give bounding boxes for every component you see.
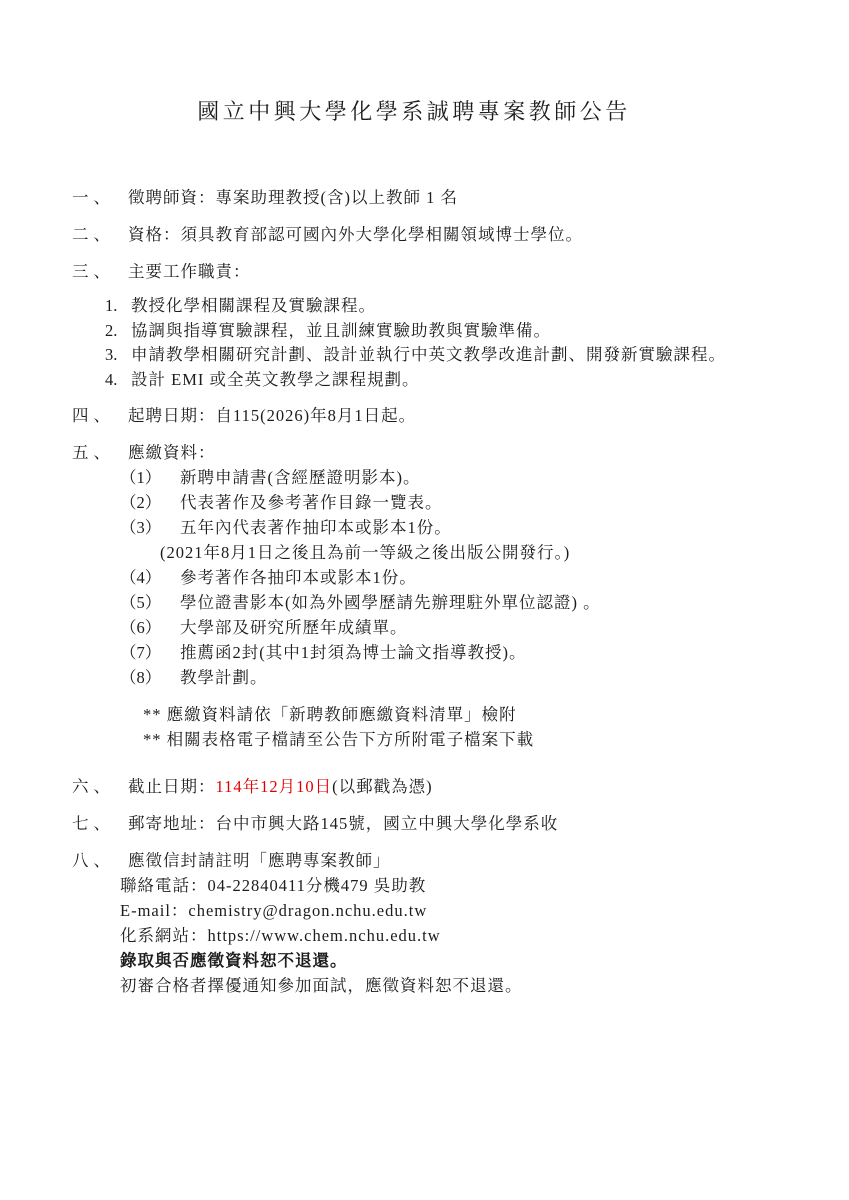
- contact-phone: 聯絡電話：04-22840411分機479 吳助教: [120, 873, 794, 898]
- list-item: （4） 參考著作各抽印本或影本1份。: [120, 565, 794, 590]
- list-item: （1） 新聘申請書(含經歷證明影本)。: [120, 465, 794, 490]
- list-item-text: 申請教學相關研究計劃、設計並執行中英文教學改進計劃、開發新實驗課程。: [131, 343, 726, 368]
- list-item-number: 2.: [105, 319, 131, 344]
- section-number: 四、: [72, 403, 128, 428]
- section-qualification: 二、 資格：須具教育部認可國內外大學化學相關領域博士學位。: [72, 222, 794, 247]
- materials-list: （1） 新聘申請書(含經歷證明影本)。 （2） 代表著作及參考著作目錄一覽表。 …: [120, 465, 794, 690]
- section-text: 應徵信封請註明「應聘專案教師」: [128, 848, 794, 873]
- list-item-number: （4）: [120, 565, 180, 590]
- list-item-number: 3.: [105, 343, 131, 368]
- list-item-number: 1.: [105, 294, 131, 319]
- list-item: 2. 協調與指導實驗課程，並且訓練實驗助教與實驗準備。: [105, 319, 794, 344]
- list-item-text: 教學計劃。: [180, 665, 268, 690]
- note-line: ** 應繳資料請依「新聘教師應繳資料清單」檢附: [143, 702, 794, 727]
- section-number: 八、: [72, 848, 128, 873]
- list-item: （8） 教學計劃。: [120, 665, 794, 690]
- section-deadline: 六、 截止日期：114年12月10日(以郵戳為憑): [72, 774, 794, 799]
- page-title: 國立中興大學化學系誠聘專案教師公告: [72, 97, 794, 127]
- list-item: 3. 申請教學相關研究計劃、設計並執行中英文教學改進計劃、開發新實驗課程。: [105, 343, 794, 368]
- interview-note: 初審合格者擇優通知參加面試，應徵資料恕不退還。: [120, 973, 794, 998]
- section-number: 三、: [72, 259, 128, 284]
- list-item: （6） 大學部及研究所歷年成績單。: [120, 615, 794, 640]
- contact-email: E-mail：chemistry@dragon.nchu.edu.tw: [120, 898, 794, 923]
- list-item-number: （1）: [120, 465, 180, 490]
- section-text: 應繳資料：: [128, 440, 794, 465]
- section-text: 資格：須具教育部認可國內外大學化學相關領域博士學位。: [128, 222, 794, 247]
- contact-website: 化系網站：https://www.chem.nchu.edu.tw: [120, 923, 794, 948]
- section-recruitment: 一、 徵聘師資：專案助理教授(含)以上教師 1 名: [72, 185, 794, 210]
- list-item-text: 協調與指導實驗課程，並且訓練實驗助教與實驗準備。: [131, 319, 551, 344]
- list-item: 4. 設計 EMI 或全英文教學之課程規劃。: [105, 368, 794, 393]
- list-item-text: 參考著作各抽印本或影本1份。: [180, 565, 417, 590]
- section-number: 一、: [72, 185, 128, 210]
- list-item-number: （3）: [120, 515, 180, 540]
- list-item-number: （8）: [120, 665, 180, 690]
- section-number: 五、: [72, 440, 128, 465]
- list-item-number: 4.: [105, 368, 131, 393]
- document-content: 國立中興大學化學系誠聘專案教師公告 一、 徵聘師資：專案助理教授(含)以上教師 …: [0, 0, 849, 998]
- list-item-text: 學位證書影本(如為外國學歷請先辦理駐外單位認證) 。: [180, 590, 601, 615]
- list-item: （3） 五年內代表著作抽印本或影本1份。: [120, 515, 794, 540]
- section-text: 郵寄地址：台中市興大路145號，國立中興大學化學系收: [128, 811, 794, 836]
- list-item-number: （7）: [120, 640, 180, 665]
- list-item-note: (2021年8月1日之後且為前一等級之後出版公開發行。): [160, 540, 794, 565]
- no-return-bold-note: 錄取與否應徵資料恕不退還。: [120, 948, 794, 973]
- section-text: 主要工作職責：: [128, 259, 794, 284]
- duties-list: 1. 教授化學相關課程及實驗課程。 2. 協調與指導實驗課程，並且訓練實驗助教與…: [105, 294, 794, 392]
- list-item-text: 五年內代表著作抽印本或影本1份。: [180, 515, 452, 540]
- star-notes: ** 應繳資料請依「新聘教師應繳資料清單」檢附 ** 相關表格電子檔請至公告下方…: [143, 702, 794, 752]
- list-item-text: 教授化學相關課程及實驗課程。: [131, 294, 376, 319]
- list-item-text: 大學部及研究所歷年成績單。: [180, 615, 408, 640]
- section-text: 起聘日期：自115(2026)年8月1日起。: [128, 403, 794, 428]
- list-item-number: （5）: [120, 590, 180, 615]
- section-start-date: 四、 起聘日期：自115(2026)年8月1日起。: [72, 403, 794, 428]
- list-item-number: （6）: [120, 615, 180, 640]
- list-item-text: 代表著作及參考著作目錄一覽表。: [180, 490, 443, 515]
- section-text: 截止日期：114年12月10日(以郵戳為憑): [128, 774, 794, 799]
- contact-block: 聯絡電話：04-22840411分機479 吳助教 E-mail：chemist…: [120, 873, 794, 998]
- section-materials-header: 五、 應繳資料：: [72, 440, 794, 465]
- list-item: （7） 推薦函2封(其中1封須為博士論文指導教授)。: [120, 640, 794, 665]
- section-mailing-address: 七、 郵寄地址：台中市興大路145號，國立中興大學化學系收: [72, 811, 794, 836]
- list-item: （5） 學位證書影本(如為外國學歷請先辦理駐外單位認證) 。: [120, 590, 794, 615]
- section-number: 六、: [72, 774, 128, 799]
- list-item-text: 設計 EMI 或全英文教學之課程規劃。: [131, 368, 420, 393]
- list-item: （2） 代表著作及參考著作目錄一覽表。: [120, 490, 794, 515]
- note-line: ** 相關表格電子檔請至公告下方所附電子檔案下載: [143, 727, 794, 752]
- deadline-label: 截止日期：: [128, 777, 216, 796]
- list-item-text: 推薦函2封(其中1封須為博士論文指導教授)。: [180, 640, 527, 665]
- deadline-suffix: (以郵戳為憑): [332, 777, 433, 796]
- section-text: 徵聘師資：專案助理教授(含)以上教師 1 名: [128, 185, 794, 210]
- section-number: 七、: [72, 811, 128, 836]
- list-item-text: 新聘申請書(含經歷證明影本)。: [180, 465, 421, 490]
- section-envelope-note: 八、 應徵信封請註明「應聘專案教師」: [72, 848, 794, 873]
- list-item: 1. 教授化學相關課程及實驗課程。: [105, 294, 794, 319]
- deadline-date: 114年12月10日: [216, 777, 333, 796]
- section-number: 二、: [72, 222, 128, 247]
- section-duties-header: 三、 主要工作職責：: [72, 259, 794, 284]
- announcement-document: 國立中興大學化學系誠聘專案教師公告 一、 徵聘師資：專案助理教授(含)以上教師 …: [0, 0, 849, 1200]
- list-item-number: （2）: [120, 490, 180, 515]
